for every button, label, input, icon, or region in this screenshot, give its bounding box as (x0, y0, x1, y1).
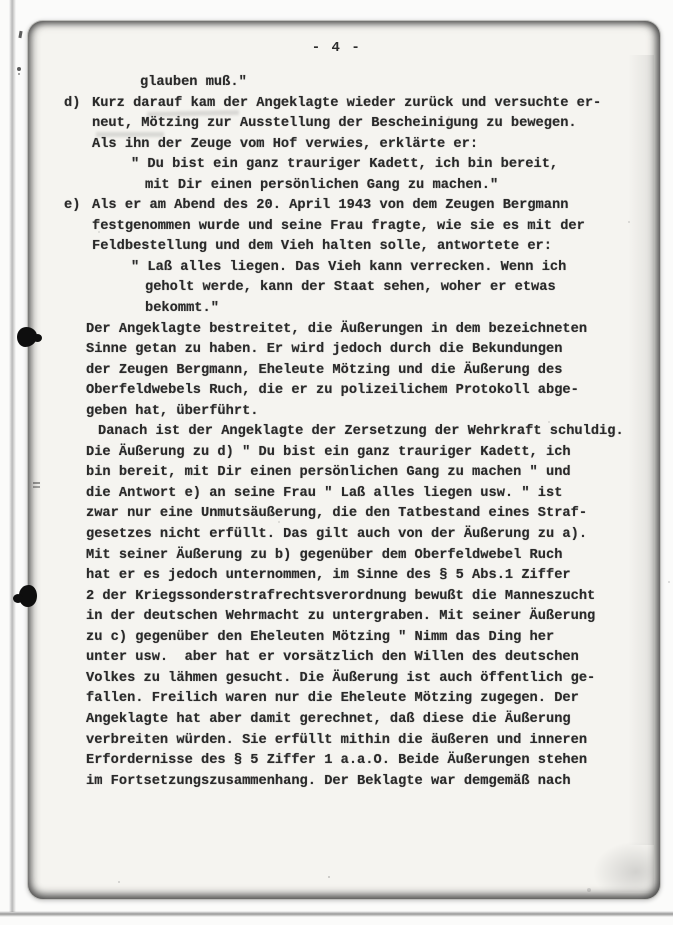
text-line: e)Als er am Abend des 20. April 1943 von… (0, 196, 666, 217)
text-line: d)Kurz darauf kam der Angeklagte wieder … (0, 94, 666, 115)
text-line: Angeklagte hat aber damit gerechnet, daß… (0, 710, 666, 731)
text-line: bin bereit, mit Dir einen persönlichen G… (0, 463, 666, 484)
text-line: Oberfeldwebels Ruch, die er zu polizeili… (0, 381, 666, 402)
text-line: der Zeugen Bergmann, Eheleute Mötzing un… (0, 361, 666, 382)
text-line: zu c) gegenüber den Eheleuten Mötzing " … (0, 628, 666, 649)
text-line: geben hat, überführt. (0, 402, 666, 423)
text-line: glauben muß." (0, 73, 666, 94)
paper-dust-specks (28, 21, 30, 23)
hole-punch-bottom-icon (19, 585, 37, 607)
text-line: verbreiten würden. Sie erfüllt mithin di… (0, 731, 666, 752)
page-number: - 4 - (0, 40, 673, 56)
document-text: glauben muß."d)Kurz darauf kam der Angek… (0, 73, 666, 792)
text-line: Sinne getan zu haben. Er wird jedoch dur… (0, 340, 666, 361)
text-line: die Antwort e) an seine Frau " Laß alles… (0, 484, 666, 505)
text-line: Als ihn der Zeuge vom Hof verwies, erklä… (0, 135, 666, 156)
scanned-document: - 4 - glauben muß."d)Kurz darauf kam der… (0, 0, 673, 925)
text-line: Mit seiner Äußerung zu b) gegenüber dem … (0, 546, 666, 567)
scan-edge-line-bottom (0, 911, 673, 917)
text-line: in der deutschen Wehrmacht zu untergrabe… (0, 607, 666, 628)
scan-smudge-corner (594, 842, 654, 892)
text-line: " Laß alles liegen. Das Vieh kann verrec… (0, 258, 666, 279)
list-marker: e) (64, 196, 92, 217)
list-marker: d) (64, 94, 92, 115)
text-line: Die Äußerung zu d) " Du bist ein ganz tr… (0, 443, 666, 464)
ink-smudge (96, 132, 164, 137)
text-line: fallen. Freilich waren nur die Eheleute … (0, 689, 666, 710)
text-line: Erfordernisse des § 5 Ziffer 1 a.a.O. Be… (0, 751, 666, 772)
scan-artifact (18, 31, 22, 38)
text-line: mit Dir einen persönlichen Gang zu mache… (0, 176, 666, 197)
text-line: Feldbestellung und dem Vieh halten solle… (0, 237, 666, 258)
text-line: zwar nur eine Unmutsäußerung, die den Ta… (0, 504, 666, 525)
text-line: im Fortsetzungszusammenhang. Der Beklagt… (0, 772, 666, 793)
text-line: unter usw. aber hat er vorsätzlich den W… (0, 648, 666, 669)
text-line: gesetzes nicht erfüllt. Das gilt auch vo… (0, 525, 666, 546)
text-line: festgenommen wurde und seine Frau fragte… (0, 217, 666, 238)
text-line: 2 der Kriegssonderstrafrechtsverordnung … (0, 587, 666, 608)
text-line: Der Angeklagte bestreitet, die Äußerunge… (0, 320, 666, 341)
text-line: bekommt." (0, 299, 666, 320)
scan-artifact (17, 67, 21, 71)
text-line: " Du bist ein ganz trauriger Kadett, ich… (0, 155, 666, 176)
text-line: hat er es jedoch unternommen, im Sinne d… (0, 566, 666, 587)
text-line: Volkes zu lähmen gesucht. Die Äußerung i… (0, 669, 666, 690)
text-line: geholt werde, kann der Staat sehen, wohe… (0, 278, 666, 299)
text-line: Danach ist der Angeklagte der Zersetzung… (0, 422, 666, 443)
scan-artifact (33, 482, 40, 484)
